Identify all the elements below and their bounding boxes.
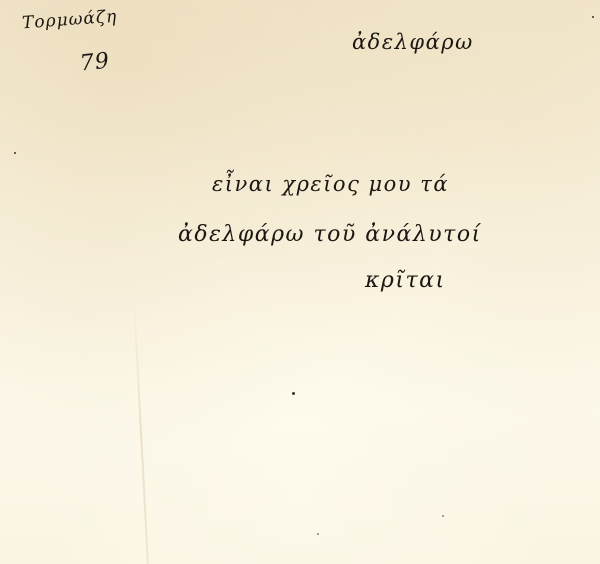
ink-speck xyxy=(14,152,16,154)
manuscript-page: Τορμωάζη 79 ἀδελφάρω εἶναι χρεῖος μου τά… xyxy=(0,0,600,564)
ink-speck xyxy=(592,16,594,18)
ink-speck xyxy=(292,392,295,395)
margin-note-word: Τορμωάζη xyxy=(21,7,118,34)
margin-note-number: 79 xyxy=(79,49,111,77)
paper-fold-crease xyxy=(133,300,149,564)
body-line-3: κρῖται xyxy=(365,268,446,293)
ink-speck xyxy=(317,533,319,535)
body-line-1: εἶναι χρεῖος μου τά xyxy=(212,172,449,196)
body-line-2: ἀδελφάρω τοῦ ἀνάλυτοί xyxy=(178,222,482,247)
page-title: ἀδελφάρω xyxy=(352,30,474,54)
ink-speck xyxy=(442,515,444,517)
